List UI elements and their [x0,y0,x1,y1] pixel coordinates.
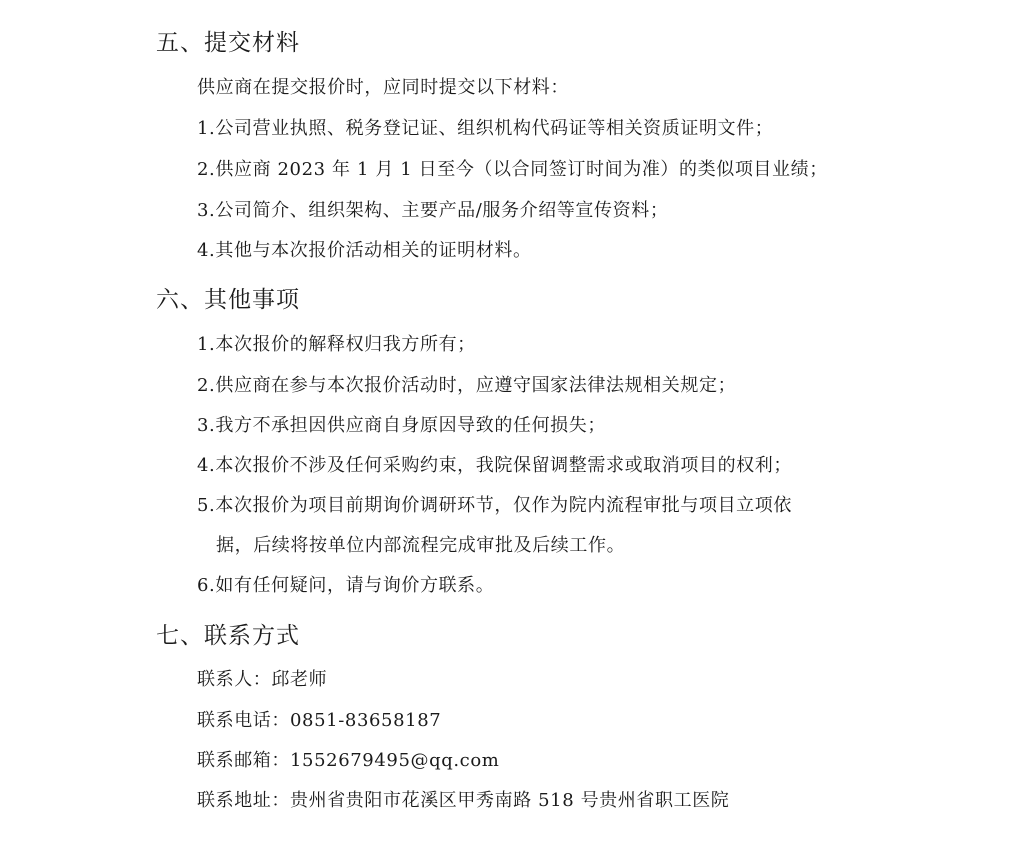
contact-person: 联系人：邱老师 [197,665,327,691]
contact-phone: 联系电话：0851-83658187 [197,706,441,732]
section-heading-contact: 七、联系方式 [156,617,300,650]
section-heading-other-matters: 六、其他事项 [156,281,300,314]
list-item: 1.公司营业执照、税务登记证、组织机构代码证等相关资质证明文件； [197,114,773,140]
list-item: 5.本次报价为项目前期询价调研环节，仅作为院内流程审批与项目立项依 [197,491,792,517]
section-heading-submit-materials: 五、提交材料 [156,24,300,57]
list-item: 1.本次报价的解释权归我方所有； [197,330,476,356]
contact-email: 联系邮箱：1552679495@qq.com [197,746,499,772]
list-item: 3.我方不承担因供应商自身原因导致的任何损失； [197,411,606,437]
list-item: 3.公司简介、组织架构、主要产品/服务介绍等宣传资料； [197,196,668,222]
section-intro: 供应商在提交报价时，应同时提交以下材料： [197,73,569,99]
list-item: 6.如有任何疑问，请与询价方联系。 [197,571,494,597]
list-item: 4.其他与本次报价活动相关的证明材料。 [197,236,532,262]
document-page: 五、提交材料 供应商在提交报价时，应同时提交以下材料： 1.公司营业执照、税务登… [0,0,1024,865]
list-item: 2.供应商在参与本次报价活动时，应遵守国家法律法规相关规定； [197,371,736,397]
contact-address: 联系地址：贵州省贵阳市花溪区甲秀南路 518 号贵州省职工医院 [197,786,729,812]
list-item-continuation: 据，后续将按单位内部流程完成审批及后续工作。 [216,531,625,557]
list-item: 4.本次报价不涉及任何采购约束，我院保留调整需求或取消项目的权利； [197,451,792,477]
list-item: 2.供应商 2023 年 1 月 1 日至今（以合同签订时间为准）的类似项目业绩… [197,155,828,181]
